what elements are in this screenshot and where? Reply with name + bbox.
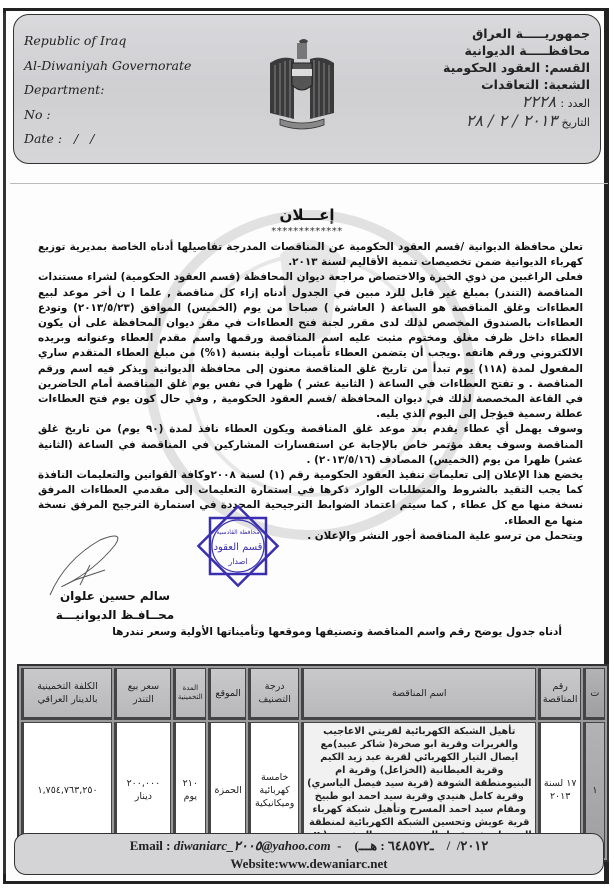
table-caption: أدناه جدول يوضح رقم واسم المناقصة وتصنيف… (112, 626, 562, 638)
country-ar: جمهوريـــــة العراق (390, 25, 590, 42)
col-tender-price: سعر بيع التندر (114, 668, 171, 720)
svg-text:قسم العقود: قسم العقود (214, 542, 263, 553)
governorate-en: Al-Diwaniyah Governorate (24, 54, 224, 79)
governorate-ar: محافظـــــة الديوانية (390, 42, 590, 59)
division-ar: الشعبة: التعاقدات (390, 76, 590, 93)
official-stamp-icon: محافظة القادسية قسم العقود اصدار (192, 500, 284, 592)
col-estimated-cost: الكلفة التخمينية بالدينار العراقي (21, 668, 112, 720)
table-header-row: ت رقم المناقصة اسم المناقصة درجة التصنيف… (21, 668, 605, 720)
number-label-ar: العدد : (560, 97, 590, 110)
country-en: Republic of Iraq (24, 29, 224, 54)
col-index: ت (583, 668, 605, 720)
date-label-ar: التاريخ (561, 116, 590, 129)
col-classification: درجة التصنيف (248, 668, 299, 720)
department-label: Department: (24, 78, 224, 103)
email-label: Email : (130, 838, 171, 853)
email-link[interactable]: diwaniarc_٢٠٠٥@yahoo.com (174, 838, 331, 853)
title-decoration: ************* (0, 226, 614, 237)
number-label-en: No : (24, 103, 224, 128)
letterhead-english: Republic of Iraq Al-Diwaniyah Governorat… (24, 29, 224, 152)
footer-contact: Email : diwaniarc_٢٠٠٥@yahoo.com - (٢٠١٢… (14, 833, 604, 875)
paragraph: تعلن محافظة الديوانية /قسم العقود الحكوم… (38, 240, 583, 270)
website-link[interactable]: Website:www.dewaniarc.net (15, 855, 603, 873)
col-tender-number: رقم المناقصة (538, 668, 581, 720)
phone-number: (٢٠١٢/ / ـ٦٤٨٥٧٢ : هـــ (354, 838, 488, 853)
iraq-emblem-icon (262, 33, 342, 133)
paragraph: فعلى الراغبين من ذوي الخبرة والاختصاص مر… (38, 270, 583, 422)
paragraph: وسوف يهمل أي عطاء يقدم بعد موعد غلق المن… (38, 422, 583, 468)
letterhead-arabic: جمهوريـــــة العراق محافظـــــة الديواني… (390, 25, 590, 131)
date-value: ٢٠١٣ / ٢ / ٢٨ (466, 111, 557, 130)
announcement-body: تعلن محافظة الديوانية /قسم العقود الحكوم… (38, 240, 583, 544)
svg-text:محافظة القادسية: محافظة القادسية (217, 529, 260, 536)
col-tender-name: اسم المناقصة (301, 668, 536, 720)
header-divider (10, 183, 608, 184)
footer-separator: - (334, 838, 351, 853)
section-ar: القسم: العقود الحكومية (390, 59, 590, 76)
paragraph: يخضع هذا الإعلان إلى تعليمات تنفيذ العقو… (38, 468, 583, 529)
date-label-en: Date : / / (24, 127, 224, 152)
letterhead: Republic of Iraq Al-Diwaniyah Governorat… (13, 14, 601, 164)
announcement-title: إعـــلان (0, 206, 614, 224)
signatory-block: سالم حسين علوان محــافـظ الديوانيـــة (55, 587, 175, 625)
number-value: ٢٢٢٨ (522, 92, 556, 111)
col-duration: المدة التخمينية (173, 668, 206, 720)
svg-text:اصدار: اصدار (227, 557, 247, 566)
signatory-name: سالم حسين علوان (55, 587, 175, 606)
signatory-title: محــافـظ الديوانيـــة (55, 606, 175, 625)
col-location: الموقع (208, 668, 246, 720)
